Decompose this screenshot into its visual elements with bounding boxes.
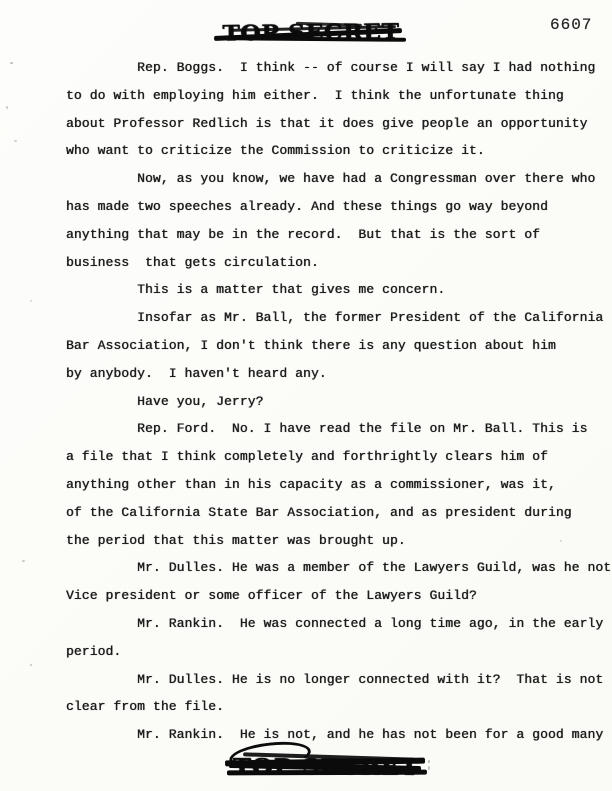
scan-artifact bbox=[428, 760, 430, 763]
text-line: This is a matter that gives me concern. bbox=[66, 276, 606, 304]
text-line: Mr. Dulles. He was a member of the Lawye… bbox=[66, 554, 606, 582]
scan-artifact bbox=[10, 62, 13, 64]
top-secret-stamp-top: TOP SECRET bbox=[224, 18, 398, 47]
scan-artifact bbox=[30, 664, 32, 666]
text-line: period. bbox=[66, 638, 606, 666]
text-line: Mr. Rankin. He is not, and he has not be… bbox=[66, 721, 606, 749]
text-line: Mr. Dulles. He is no longer connected wi… bbox=[66, 666, 606, 694]
text-line: a file that I think completely and forth… bbox=[66, 443, 606, 471]
text-line: Bar Association, I don't think there is … bbox=[66, 332, 606, 360]
text-line: Rep. Boggs. I think -- of course I will … bbox=[66, 54, 606, 82]
text-line: Now, as you know, we have had a Congress… bbox=[66, 165, 606, 193]
scan-artifact bbox=[22, 560, 25, 562]
scan-artifact bbox=[14, 140, 17, 142]
text-line: clear from the file. bbox=[66, 693, 606, 721]
top-secret-stamp-bottom: TOP SECRET bbox=[233, 751, 419, 781]
text-line: business that gets circulation. bbox=[66, 249, 606, 277]
text-line: Rep. Ford. No. I have read the file on M… bbox=[66, 415, 606, 443]
scan-artifact bbox=[560, 540, 562, 542]
text-line: about Professor Redlich is that it does … bbox=[66, 110, 606, 138]
strikethrough-mark bbox=[227, 770, 427, 776]
text-line: Mr. Rankin. He was connected a long time… bbox=[66, 610, 606, 638]
page-number: 6607 bbox=[550, 16, 592, 34]
text-line: anything other than in his capacity as a… bbox=[66, 471, 606, 499]
document-text: Rep. Boggs. I think -- of course I will … bbox=[66, 54, 606, 749]
scan-artifact bbox=[428, 766, 430, 770]
text-line: to do with employing him either. I think… bbox=[66, 82, 606, 110]
text-line: Vice president or some officer of the La… bbox=[66, 582, 606, 610]
text-line: anything that may be in the record. But … bbox=[66, 221, 606, 249]
text-line: the period that this matter was brought … bbox=[66, 527, 606, 555]
text-line: by anybody. I haven't heard any. bbox=[66, 360, 606, 388]
text-line: Insofar as Mr. Ball, the former Presiden… bbox=[66, 304, 606, 332]
text-line: Have you, Jerry? bbox=[66, 388, 606, 416]
scan-artifact bbox=[6, 106, 8, 109]
scan-artifact bbox=[30, 300, 32, 302]
text-line: has made two speeches already. And these… bbox=[66, 193, 606, 221]
document-page: TOP SECRET 6607 Rep. Boggs. I think -- o… bbox=[0, 0, 612, 791]
text-line: who want to criticize the Commission to … bbox=[66, 137, 606, 165]
text-line: of the California State Bar Association,… bbox=[66, 499, 606, 527]
